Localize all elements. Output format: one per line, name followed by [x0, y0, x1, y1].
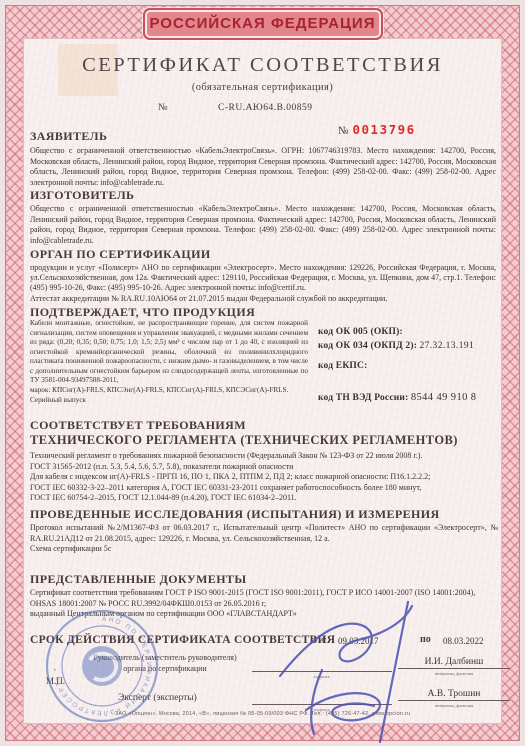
code-tnved-row: код ТН ВЭД России: 8544 49 910 8: [318, 392, 476, 403]
blank-form-number: № 0013796: [338, 121, 416, 139]
certification-body-heading: ОРГАН ПО СЕРТИФИКАЦИИ: [30, 247, 211, 262]
code-ekps-label: код ЕКПС:: [318, 361, 367, 371]
product-description: Кабели монтажные, огнестойкие, не распро…: [30, 319, 308, 386]
code-okpd2-label: код ОК 034 (ОКПД 2):: [318, 341, 417, 351]
code-tnved-value: 8544 49 910 8: [411, 392, 477, 403]
code-tnved-label: код ТН ВЭД России:: [318, 393, 408, 403]
applicant-heading: ЗАЯВИТЕЛЬ: [30, 129, 107, 144]
validity-from-date: 09.03.2017: [338, 636, 379, 646]
country-badge: РОССИЙСКАЯ ФЕДЕРАЦИЯ: [143, 8, 383, 40]
documents-text: Сертификат соответствия требованиям ГОСТ…: [30, 588, 498, 620]
manufacturer-text: Общество с ограниченной ответственностью…: [30, 204, 496, 246]
print-house-footer: ЗАО «Опцион», Москва, 2014, «В», лицензи…: [0, 711, 525, 717]
validity-to-label: по: [420, 634, 431, 645]
form-number-sign: №: [338, 125, 349, 137]
head-role-label: Руководитель (заместитель руководителя) …: [62, 653, 268, 675]
compliance-heading-1: СООТВЕТСТВУЕТ ТРЕБОВАНИЯМ: [30, 418, 246, 433]
certificate-title: СЕРТИФИКАТ СООТВЕТСТВИЯ: [0, 54, 525, 77]
tests-text: Протокол испытаний №2/М1367-ФЗ от 06.03.…: [30, 523, 498, 555]
product-serial: Серийный выпуск: [30, 396, 308, 406]
tests-heading: ПРОВЕДЕННЫЕ ИССЛЕДОВАНИЯ (ИСПЫТАНИЯ) И И…: [30, 507, 440, 522]
expert-name: А.В. Трошин: [398, 689, 510, 701]
code-okp-row: код ОК 005 (ОКП):: [318, 327, 403, 337]
head-signature-sublabel: подпись: [252, 674, 392, 679]
product-heading: ПОДТВЕРЖДАЕТ, ЧТО ПРОДУКЦИЯ: [30, 305, 255, 320]
head-name-sublabel: инициалы, фамилия: [398, 671, 510, 676]
product-description-block: Кабели монтажные, огнестойкие, не распро…: [30, 319, 308, 405]
certificate-number-value: C-RU.АЮ64.В.00859: [218, 103, 313, 113]
compliance-text: Технический регламент о требованиях пожа…: [30, 451, 498, 504]
expert-signature-line: [252, 696, 392, 705]
validity-from-label: с: [322, 635, 326, 646]
certificate-page: РОССИЙСКАЯ ФЕДЕРАЦИЯ СЕРТИФИКАТ СООТВЕТС…: [0, 0, 525, 746]
stamp-place-mark: М.П.: [46, 676, 65, 686]
validity-heading: СРОК ДЕЙСТВИЯ СЕРТИФИКАТА СООТВЕТСТВИЯ: [30, 634, 335, 646]
code-ekps-row: код ЕКПС:: [318, 361, 367, 371]
expert-name-sublabel: инициалы, фамилия: [398, 703, 510, 708]
compliance-heading-2: ТЕХНИЧЕСКОГО РЕГЛАМЕНТА (ТЕХНИЧЕСКИХ РЕГ…: [30, 433, 458, 448]
documents-heading: ПРЕДСТАВЛЕННЫЕ ДОКУМЕНТЫ: [30, 572, 247, 587]
code-okpd2-row: код ОК 034 (ОКПД 2): 27.32.13.191: [318, 341, 474, 351]
expert-role-label: Эксперт (эксперты): [118, 692, 197, 705]
validity-to-date: 08.03.2022: [443, 636, 484, 646]
certificate-number-sign: №: [158, 102, 168, 113]
certification-body-text: продукции и услуг «Полисерт» АНО по серт…: [30, 263, 496, 293]
certificate-subtitle: (обязательная сертификация): [0, 82, 525, 93]
head-signature-line: [252, 663, 392, 672]
product-marks: марок: КПСнг(А)-FRLS, КПСЭнг(А)-FRLS, КП…: [30, 386, 308, 396]
manufacturer-heading: ИЗГОТОВИТЕЛЬ: [30, 188, 134, 203]
applicant-text: Общество с ограниченной ответственностью…: [30, 146, 496, 188]
head-name: И.И. Далбинш: [398, 657, 510, 669]
country-badge-label: РОССИЙСКАЯ ФЕДЕРАЦИЯ: [149, 15, 375, 32]
code-okpd2-value: 27.32.13.191: [419, 341, 474, 351]
code-okp-label: код ОК 005 (ОКП):: [318, 327, 403, 337]
accreditation-text: Аттестат аккредитации № RA.RU.10АЮ64 от …: [30, 294, 496, 305]
form-number-value: 0013796: [353, 122, 416, 137]
